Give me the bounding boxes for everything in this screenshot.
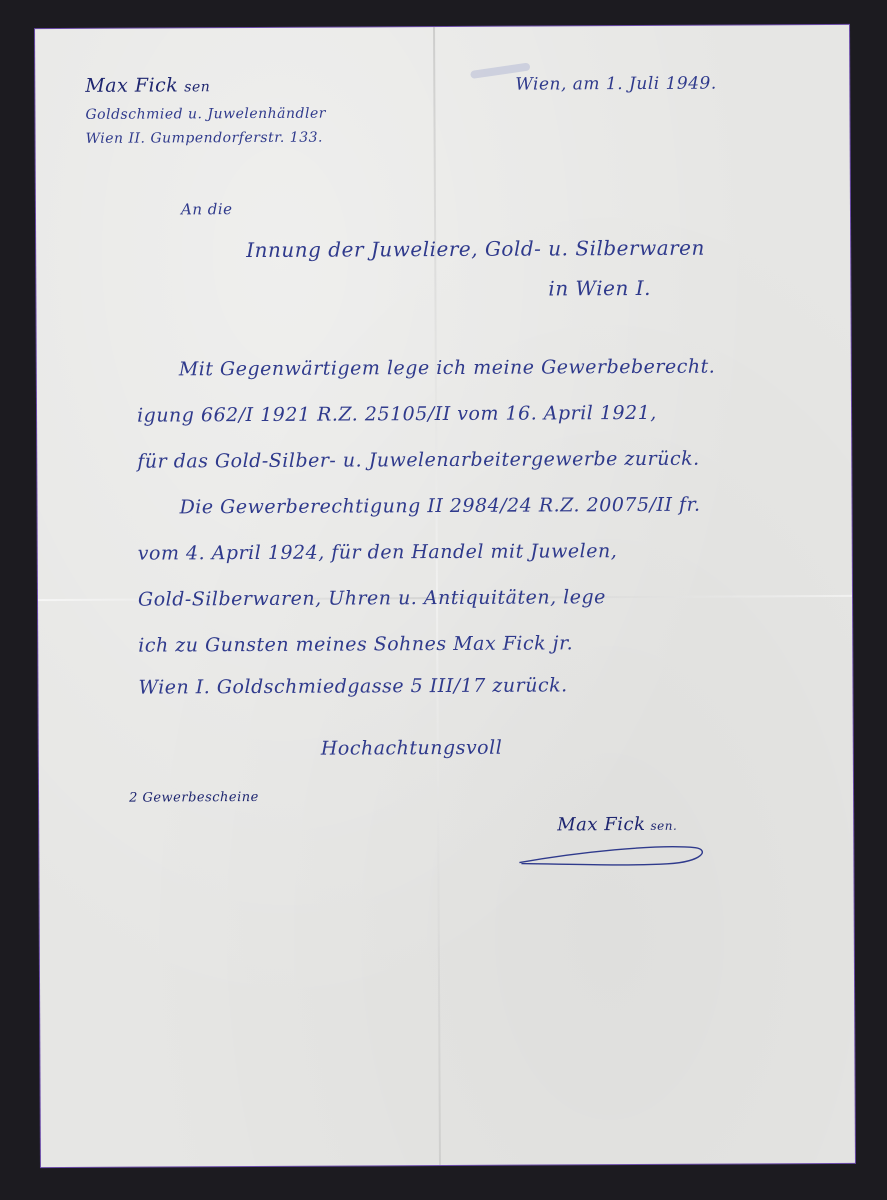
enclosure-note: 2 Gewerbescheine <box>129 790 259 806</box>
sender-name-suffix: sen <box>184 79 210 95</box>
sender-name: Max Fick <box>85 74 178 96</box>
signature-suffix: sen. <box>650 819 677 833</box>
body-line: ich zu Gunsten meines Sohnes Max Fick jr… <box>138 632 573 656</box>
letterhead-address: Wien II. Gumpendorferstr. 133. <box>86 130 323 147</box>
body-line: Gold-Silberwaren, Uhren u. Antiquitäten,… <box>138 586 606 610</box>
recipient-line-2: in Wien I. <box>548 276 651 301</box>
body-line: Mit Gegenwärtigem lege ich meine Gewerbe… <box>179 356 716 381</box>
signature-flourish-icon <box>517 838 707 869</box>
body-line: Die Gewerberechtigung II 2984/24 R.Z. 20… <box>179 494 700 519</box>
body-line: Wien I. Goldschmiedgasse 5 III/17 zurück… <box>138 674 567 698</box>
closing: Hochachtungsvoll <box>321 737 503 760</box>
signature: Max Ficksen. <box>557 814 677 836</box>
body-line: vom 4. April 1924, für den Handel mit Ju… <box>138 540 618 565</box>
letterhead-name: Max Ficksen <box>85 74 210 97</box>
recipient-salutation: An die <box>181 200 233 218</box>
dateline: Wien, am 1. Juli 1949. <box>515 74 717 95</box>
body-line: igung 662/I 1921 R.Z. 25105/II vom 16. A… <box>137 402 657 427</box>
recipient-line-1: Innung der Juweliere, Gold- u. Silberwar… <box>246 236 705 262</box>
letterhead-trade: Goldschmied u. Juwelenhändler <box>85 106 326 123</box>
letter-paper: Max Ficksen Goldschmied u. Juwelenhändle… <box>35 25 855 1167</box>
signature-name: Max Fick <box>557 814 645 835</box>
body-line: für das Gold-Silber- u. Juwelenarbeiterg… <box>137 448 699 473</box>
